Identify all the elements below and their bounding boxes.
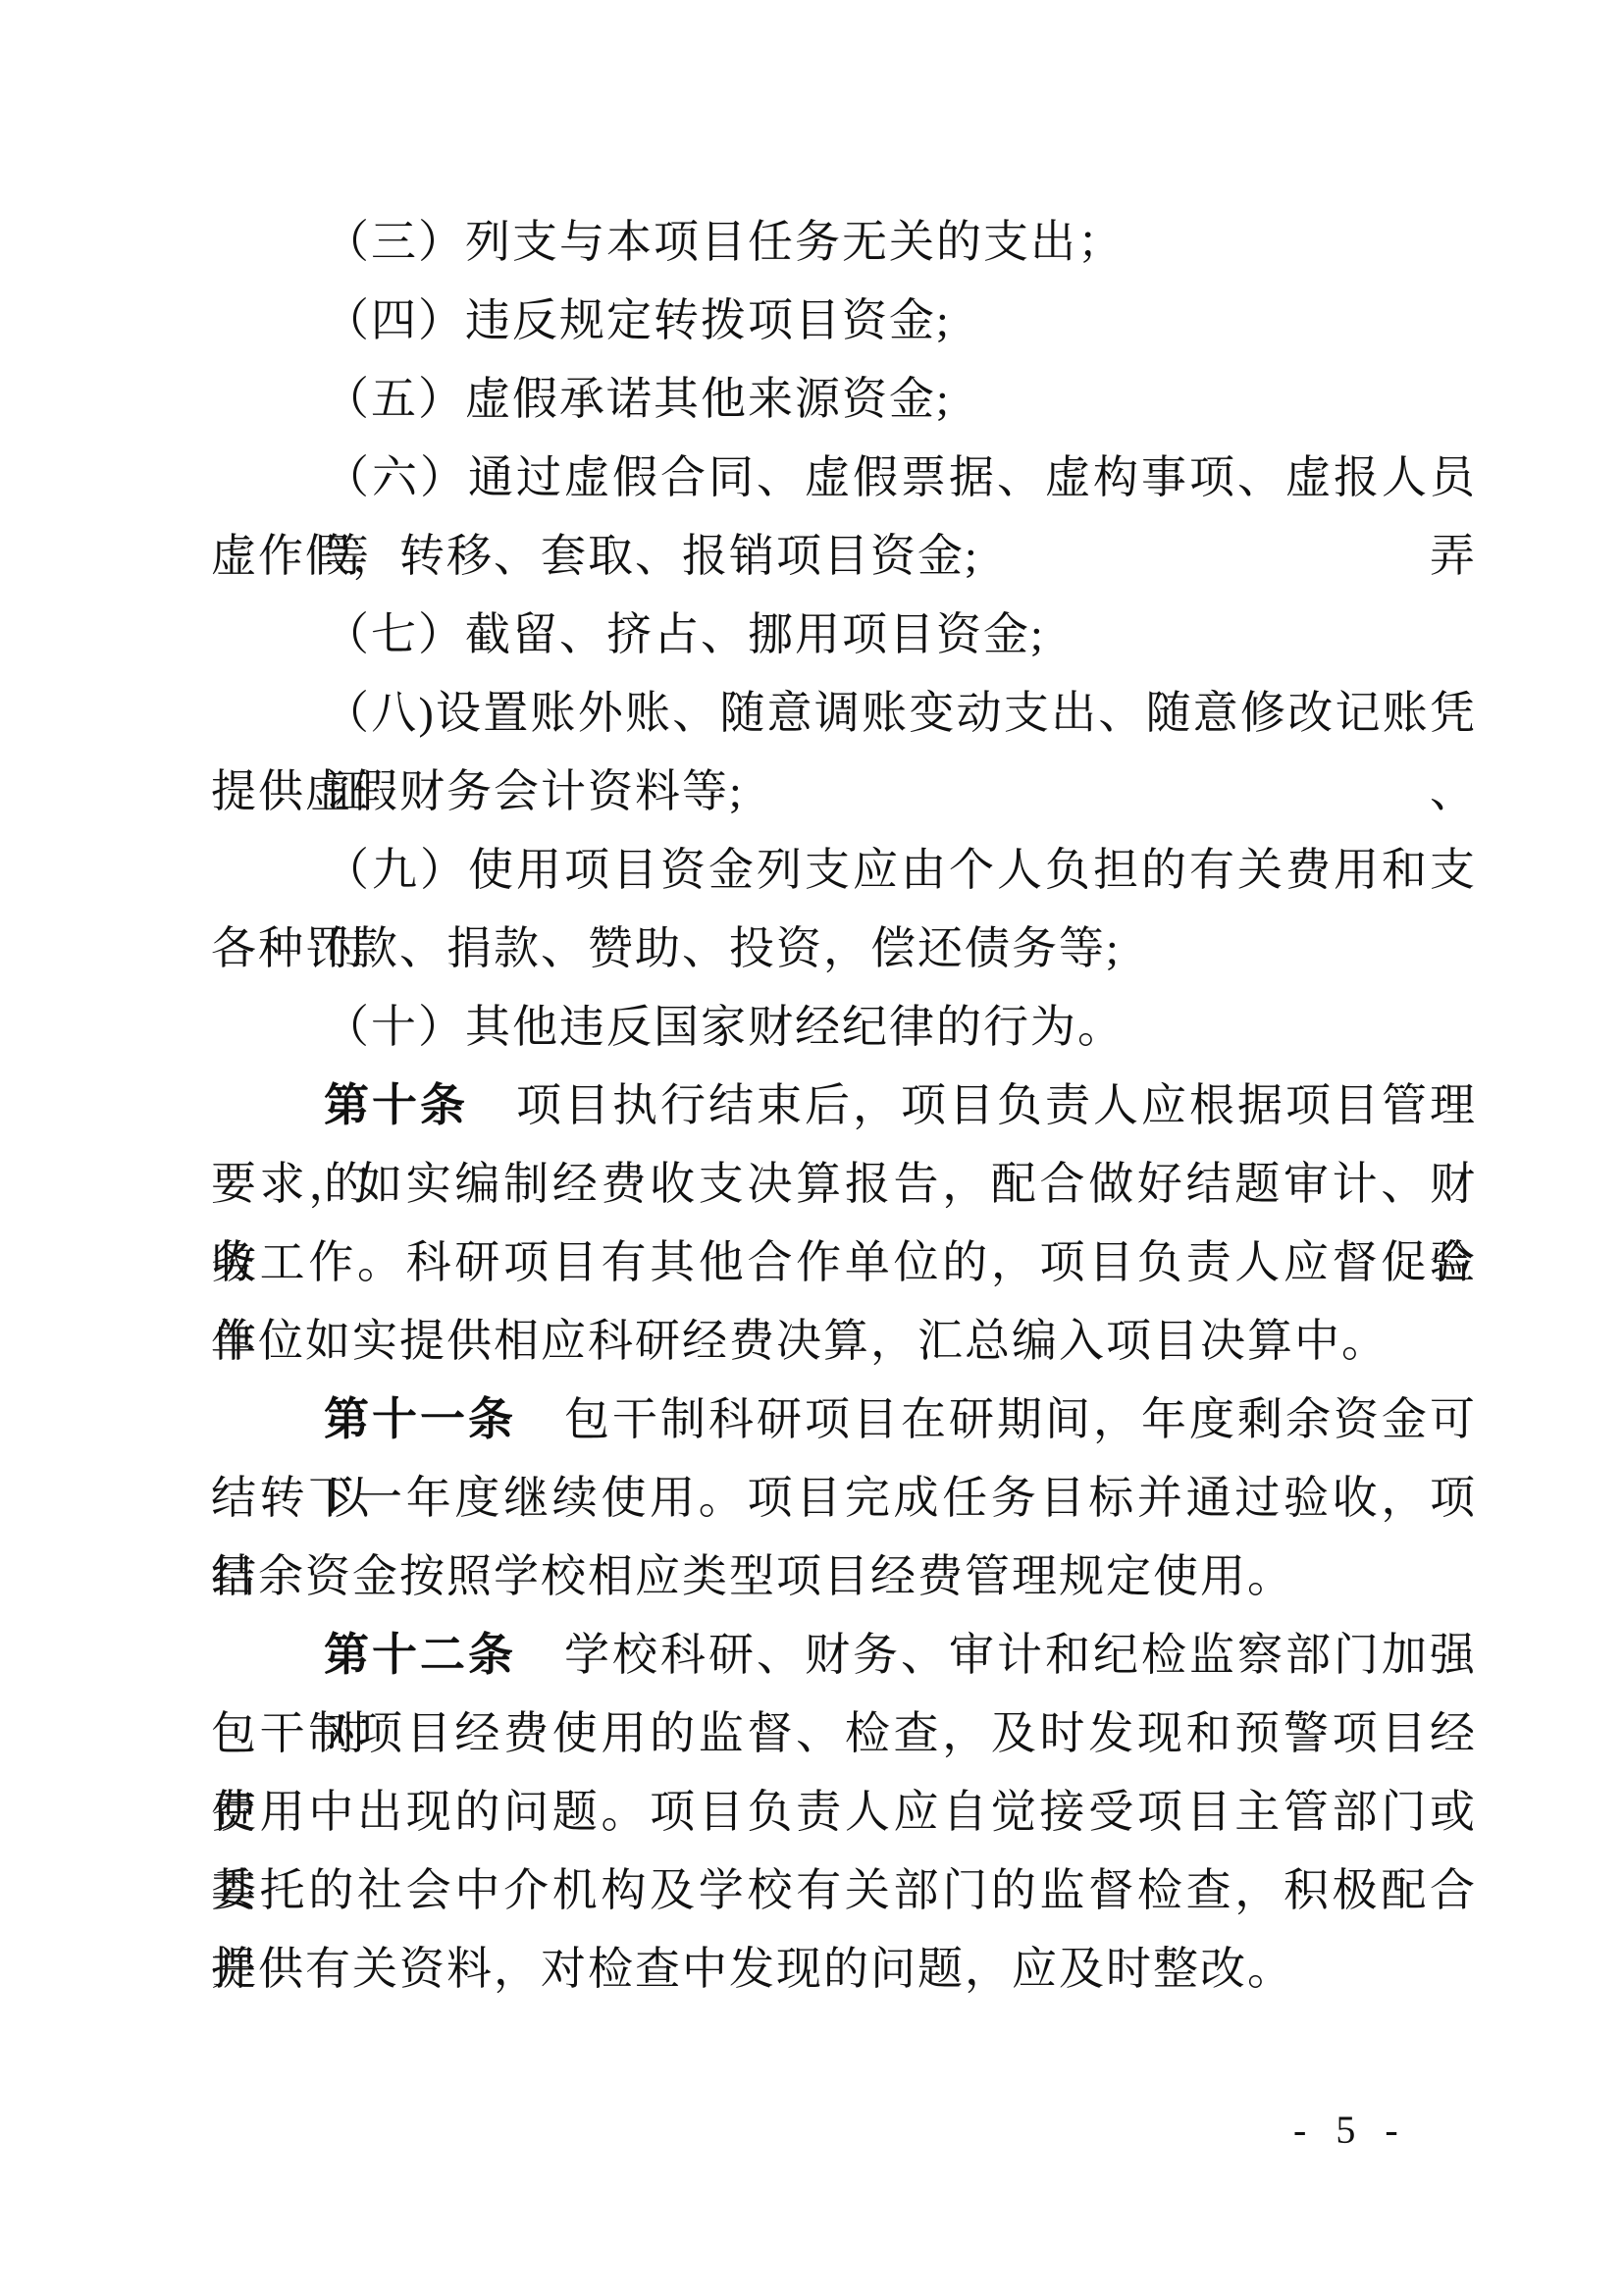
document-line: （四）违反规定转拨项目资金; [211, 282, 1477, 360]
document-line: （七）截留、挤占、挪用项目资金; [211, 596, 1477, 674]
article-number: 第十条 [324, 1080, 468, 1130]
document-line: 提供有关资料，对检查中发现的问题，应及时整改。 [211, 1930, 1477, 2009]
document-line: （六）通过虚假合同、虚假票据、虚构事项、虚报人员等弄 [211, 439, 1477, 517]
document-line: （五）虚假承诺其他来源资金; [211, 360, 1477, 439]
document-line: 各种罚款、捐款、赞助、投资，偿还债务等; [211, 910, 1477, 988]
document-line: 结转下一年度继续使用。项目完成任务目标并通过验收，项目 [211, 1459, 1477, 1538]
article-number: 第十一条 [324, 1394, 516, 1444]
document-line: 包干制项目经费使用的监督、检查，及时发现和预警项目经费 [211, 1695, 1477, 1773]
article-number: 第十二条 [324, 1630, 516, 1680]
article-line: 第十二条 学校科研、财务、审计和纪检监察部门加强对 [211, 1616, 1477, 1695]
document-line: 单位如实提供相应科研经费决算，汇总编入项目决算中。 [211, 1302, 1477, 1381]
document-line: 结余资金按照学校相应类型项目经费管理规定使用。 [211, 1538, 1477, 1616]
document-line: （三）列支与本项目任务无关的支出； [211, 203, 1477, 282]
article-line: 第十一条 包干制科研项目在研期间，年度剩余资金可以 [211, 1381, 1477, 1459]
article-line: 第十条 项目执行结束后，项目负责人应根据项目管理的 [211, 1067, 1477, 1145]
document-line: 要求，如实编制经费收支决算报告，配合做好结题审计、财务验 [211, 1145, 1477, 1224]
document-body: （三）列支与本项目任务无关的支出；（四）违反规定转拨项目资金;（五）虚假承诺其他… [211, 203, 1477, 2009]
document-line: 收工作。科研项目有其他合作单位的，项目负责人应督促合作 [211, 1224, 1477, 1302]
document-line: （九）使用项目资金列支应由个人负担的有关费用和支付 [211, 831, 1477, 910]
document-line: （十）其他违反国家财经纪律的行为。 [211, 988, 1477, 1067]
page-number: - 5 - [1293, 2106, 1408, 2155]
document-line: 委托的社会中介机构及学校有关部门的监督检查，积极配合并 [211, 1852, 1477, 1930]
document-line: 使用中出现的问题。项目负责人应自觉接受项目主管部门或其 [211, 1773, 1477, 1852]
document-page: （三）列支与本项目任务无关的支出；（四）违反规定转拨项目资金;（五）虚假承诺其他… [0, 0, 1624, 2296]
document-line: （八)设置账外账、随意调账变动支出、随意修改记账凭证、 [211, 674, 1477, 753]
